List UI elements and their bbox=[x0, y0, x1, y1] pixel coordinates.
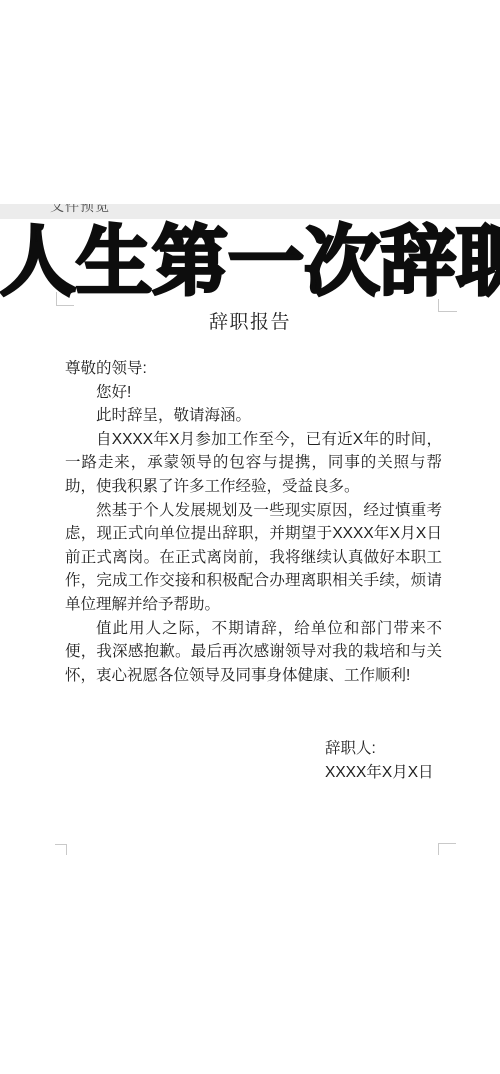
signature-date: XXXX年X月X日 bbox=[325, 761, 434, 785]
signature-signer-label: 辞职人: bbox=[325, 737, 434, 761]
text-boundary-mark-bottom-right bbox=[438, 843, 456, 855]
letter-paragraph-opening: 此时辞呈，敬请海涵。 bbox=[65, 404, 442, 428]
letter-salutation: 尊敬的领导: bbox=[65, 357, 442, 381]
letter-paragraph-greeting: 您好! bbox=[65, 381, 442, 405]
text-boundary-mark-bottom-left bbox=[55, 844, 67, 855]
letter-body: 尊敬的领导: 您好! 此时辞呈，敬请海涵。 自XXXX年X月参加工作至今，已有近… bbox=[65, 357, 442, 687]
file-preview-screen: 文件预览 人生第一次辞职 辞职报告 尊敬的领导: 您好! 此时辞呈，敬请海涵。 … bbox=[0, 0, 500, 1074]
letter-paragraph-resignation: 然基于个人发展规划及一些现实原因，经过慎重考虑，现正式向单位提出辞职，并期望于X… bbox=[65, 499, 442, 617]
letter-paragraph-history: 自XXXX年X月参加工作至今，已有近X年的时间，一路走来，承蒙领导的包容与提携，… bbox=[65, 428, 442, 499]
preview-bar-title: 文件预览 bbox=[50, 204, 110, 213]
signature-block: 辞职人: XXXX年X月X日 bbox=[325, 737, 434, 785]
document-subtitle: 辞职报告 bbox=[0, 312, 500, 334]
document-big-title: 人生第一次辞职 bbox=[0, 224, 500, 302]
preview-header-bar: 文件预览 bbox=[0, 204, 500, 219]
letter-paragraph-apology: 值此用人之际，不期请辞，给单位和部门带来不便，我深感抱歉。最后再次感谢领导对我的… bbox=[65, 617, 442, 688]
